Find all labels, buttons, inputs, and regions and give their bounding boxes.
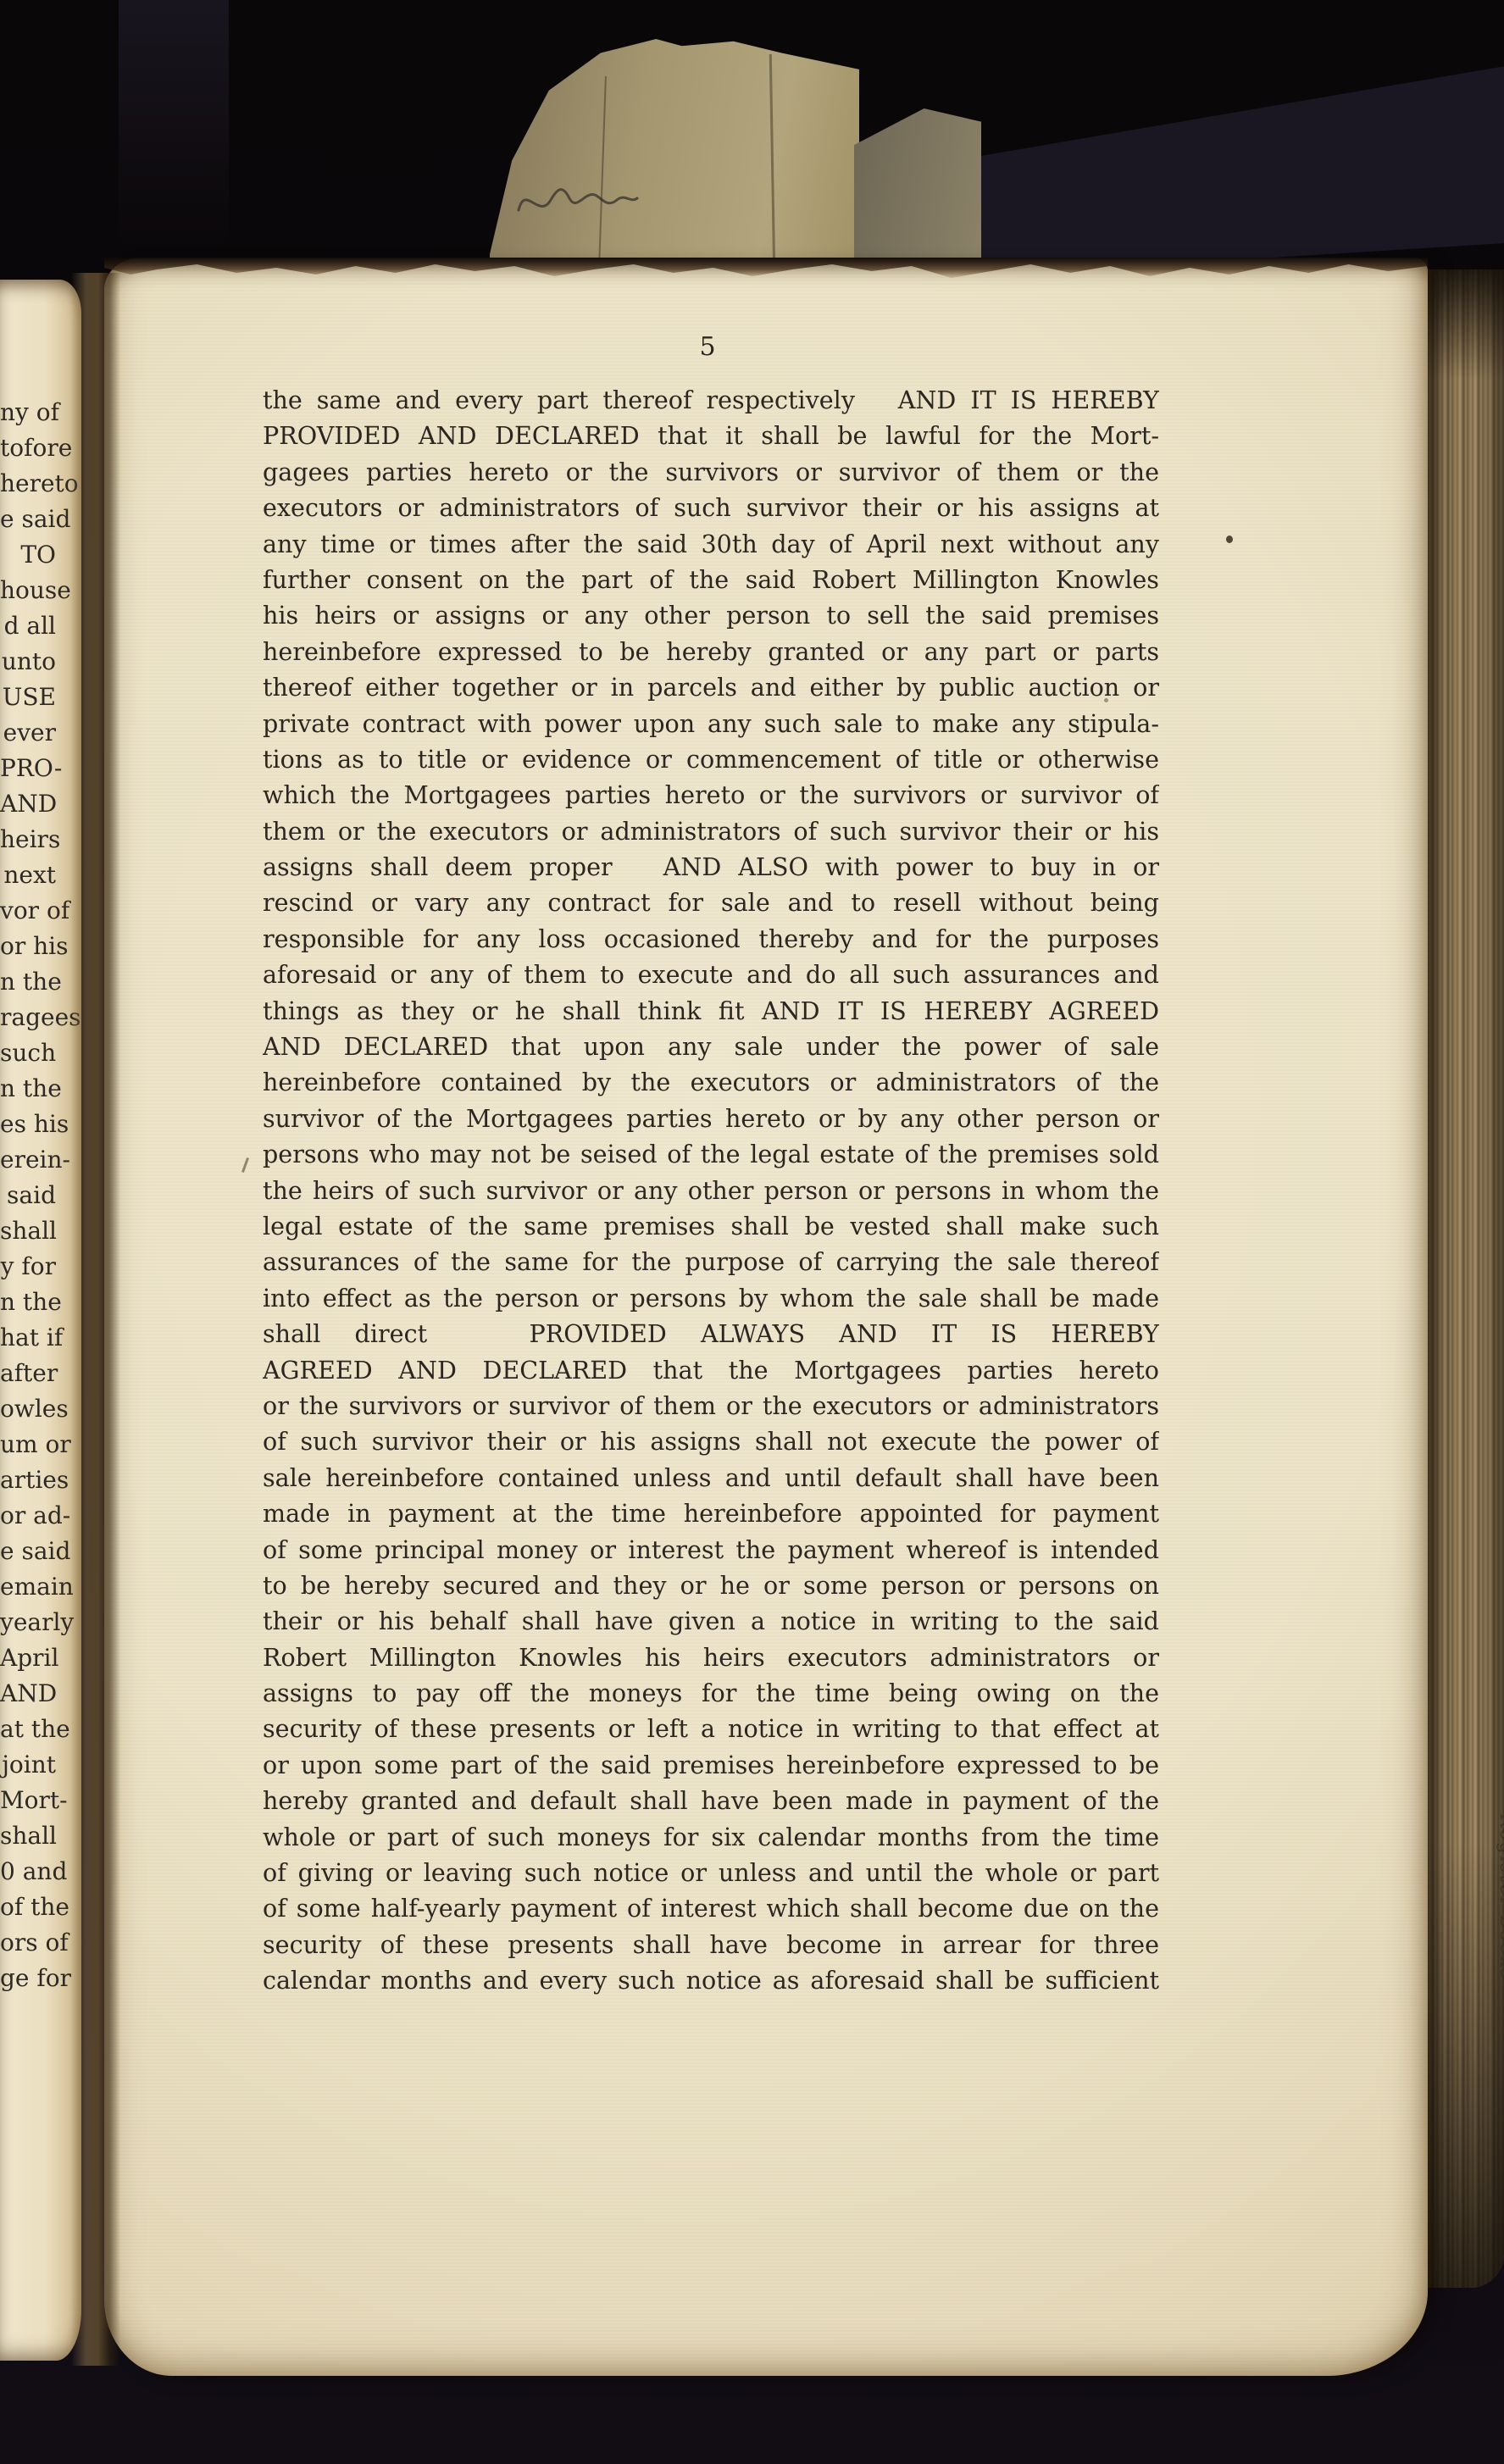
text-line: responsible for any loss occasioned ther… <box>263 921 1159 957</box>
text-line: assigns shall deem proper AND ALSO with … <box>263 849 1159 885</box>
paper-speck <box>241 1157 249 1173</box>
margin-fragment-line: joint <box>0 1747 56 1783</box>
fore-edge-text: Register Books <box>1496 1813 1504 1980</box>
text-line: sale hereinbefore contained unless and u… <box>263 1460 1159 1496</box>
text-line: survivor of the Mortgagees parties heret… <box>263 1101 1159 1136</box>
text-line: made in payment at the time hereinbefore… <box>263 1496 1159 1531</box>
background-light-smear <box>119 0 229 271</box>
text-line: rescind or vary any contract for sale an… <box>263 885 1159 920</box>
margin-fragment-line: unto <box>0 644 56 680</box>
margin-fragment-line: AND <box>0 786 56 822</box>
text-line: any time or times after the said 30th da… <box>263 526 1159 562</box>
text-line: private contract with power upon any suc… <box>263 706 1159 741</box>
text-line: further consent on the part of the said … <box>263 562 1159 597</box>
margin-fragment-line: n the <box>0 1285 56 1320</box>
text-line: which the Mortgagees parties hereto or t… <box>263 777 1159 813</box>
margin-fragment-line: ny of <box>0 395 56 430</box>
text-line: hereby granted and default shall have be… <box>263 1783 1159 1818</box>
margin-fragment-line: ever <box>0 715 56 751</box>
text-line: or upon some part of the said premises h… <box>263 1747 1159 1783</box>
text-line: shall direct PROVIDED ALWAYS AND IT IS H… <box>263 1316 1159 1351</box>
text-line: security of these presents shall have be… <box>263 1927 1159 1962</box>
margin-fragment-line: vor of <box>0 893 56 929</box>
margin-fragment-line: hat if <box>0 1320 56 1356</box>
margin-fragment-line: or his <box>0 929 56 964</box>
text-line: AND DECLARED that upon any sale under th… <box>263 1029 1159 1064</box>
text-line: AGREED AND DECLARED that the Mortgagees … <box>263 1352 1159 1388</box>
text-line: whole or part of such moneys for six cal… <box>263 1819 1159 1855</box>
margin-fragment-line: d all <box>0 608 56 644</box>
text-line: of some principal money or interest the … <box>263 1532 1159 1568</box>
margin-fragment-line: tofore <box>0 430 56 466</box>
text-line: PROVIDED AND DECLARED that it shall be l… <box>263 418 1159 453</box>
margin-fragment-line: such <box>0 1035 56 1071</box>
margin-fragment-line: n the <box>0 1071 56 1107</box>
margin-fragment-line: es his <box>0 1107 56 1142</box>
fore-edge-shading <box>1422 269 1504 2288</box>
text-line: assurances of the same for the purpose o… <box>263 1244 1159 1279</box>
margin-fragment-line: heirs <box>0 822 56 857</box>
margin-fragment-line: of the <box>0 1890 56 1925</box>
text-line: things as they or he shall think fit AND… <box>263 993 1159 1029</box>
text-line: the heirs of such survivor or any other … <box>263 1173 1159 1208</box>
text-line: executors or administrators of such surv… <box>263 490 1159 525</box>
facing-page-text-fragments: ny oftoforeheretoe saidTOhoused alluntoU… <box>0 395 56 1996</box>
text-line: Robert Millington Knowles his heirs exec… <box>263 1640 1159 1675</box>
text-line: of such survivor their or his assigns sh… <box>263 1423 1159 1459</box>
text-line: or the survivors or survivor of them or … <box>263 1388 1159 1423</box>
text-line: legal estate of the same premises shall … <box>263 1208 1159 1244</box>
margin-fragment-line: AND <box>0 1676 56 1712</box>
book-page: 5 the same and every part thereof respec… <box>104 258 1428 2376</box>
margin-fragment-line: shall <box>0 1213 56 1249</box>
margin-fragment-line: house <box>0 573 56 608</box>
text-line: thereof either together or in parcels an… <box>263 669 1159 705</box>
margin-fragment-line: hereto <box>0 466 56 502</box>
paper-scrap-top-right <box>854 108 981 275</box>
text-line: the same and every part thereof respecti… <box>263 382 1159 418</box>
text-line: of giving or leaving such notice or unle… <box>263 1855 1159 1890</box>
margin-fragment-line: owles <box>0 1391 56 1427</box>
text-line: hereinbefore expressed to be hereby gran… <box>263 634 1159 669</box>
margin-fragment-line: ors of <box>0 1925 56 1961</box>
margin-fragment-line: n the <box>0 964 56 1000</box>
page-number: 5 <box>256 332 1159 362</box>
margin-fragment-line: TO <box>0 537 56 573</box>
margin-fragment-line: Mort- <box>0 1783 56 1818</box>
deed-text-block: the same and every part thereof respecti… <box>263 382 1159 1999</box>
paper-crease <box>769 54 775 271</box>
page-fore-edge-stack: Register Books <box>1422 269 1504 2288</box>
text-line: his heirs or assigns or any other person… <box>263 597 1159 633</box>
text-line: calendar months and every such notice as… <box>263 1962 1159 1998</box>
text-line: assigns to pay off the moneys for the ti… <box>263 1675 1159 1711</box>
margin-fragment-line: e said <box>0 1534 56 1569</box>
margin-fragment-line: e said <box>0 502 56 537</box>
text-line: their or his behalf shall have given a n… <box>263 1603 1159 1639</box>
margin-fragment-line: or ad- <box>0 1498 56 1534</box>
margin-fragment-line: 0 and <box>0 1854 56 1890</box>
margin-fragment-line: arties <box>0 1462 56 1498</box>
text-line: to be hereby secured and they or he or s… <box>263 1568 1159 1603</box>
margin-fragment-line: April <box>0 1640 56 1676</box>
text-line: aforesaid or any of them to execute and … <box>263 957 1159 992</box>
handwriting-scribble <box>513 166 641 234</box>
margin-fragment-line: at the <box>0 1712 56 1747</box>
margin-fragment-line: ragees <box>0 1000 56 1035</box>
text-line: hereinbefore contained by the executors … <box>263 1064 1159 1100</box>
paper-scrap-top <box>490 39 859 273</box>
text-line: gagees parties hereto or the survivors o… <box>263 454 1159 490</box>
text-line: into effect as the person or persons by … <box>263 1280 1159 1316</box>
margin-fragment-line: PRO- <box>0 751 56 786</box>
margin-fragment-line: y for <box>0 1249 56 1285</box>
previous-page-edge: ny oftoforeheretoe saidTOhoused alluntoU… <box>0 280 81 2361</box>
text-line: tions as to title or evidence or commenc… <box>263 741 1159 777</box>
margin-fragment-line: said <box>0 1178 56 1213</box>
text-line: them or the executors or administrators … <box>263 813 1159 849</box>
text-line: persons who may not be seised of the leg… <box>263 1136 1159 1172</box>
ragged-top-edge <box>104 258 1428 283</box>
paper-speck <box>1226 536 1233 543</box>
margin-fragment-line: after <box>0 1356 56 1391</box>
margin-fragment-line: ge for <box>0 1961 56 1996</box>
margin-fragment-line: erein- <box>0 1142 56 1178</box>
text-line: of some half-yearly payment of interest … <box>263 1890 1159 1926</box>
margin-fragment-line: shall <box>0 1818 56 1854</box>
margin-fragment-line: next <box>0 857 56 893</box>
margin-fragment-line: emain <box>0 1569 56 1605</box>
text-line: security of these presents or left a not… <box>263 1711 1159 1746</box>
margin-fragment-line: yearly <box>0 1605 56 1640</box>
margin-fragment-line: um or <box>0 1427 56 1462</box>
book-scan: Register Books ny oftoforeheretoe saidTO… <box>0 0 1504 2464</box>
margin-fragment-line: USE <box>0 680 56 715</box>
